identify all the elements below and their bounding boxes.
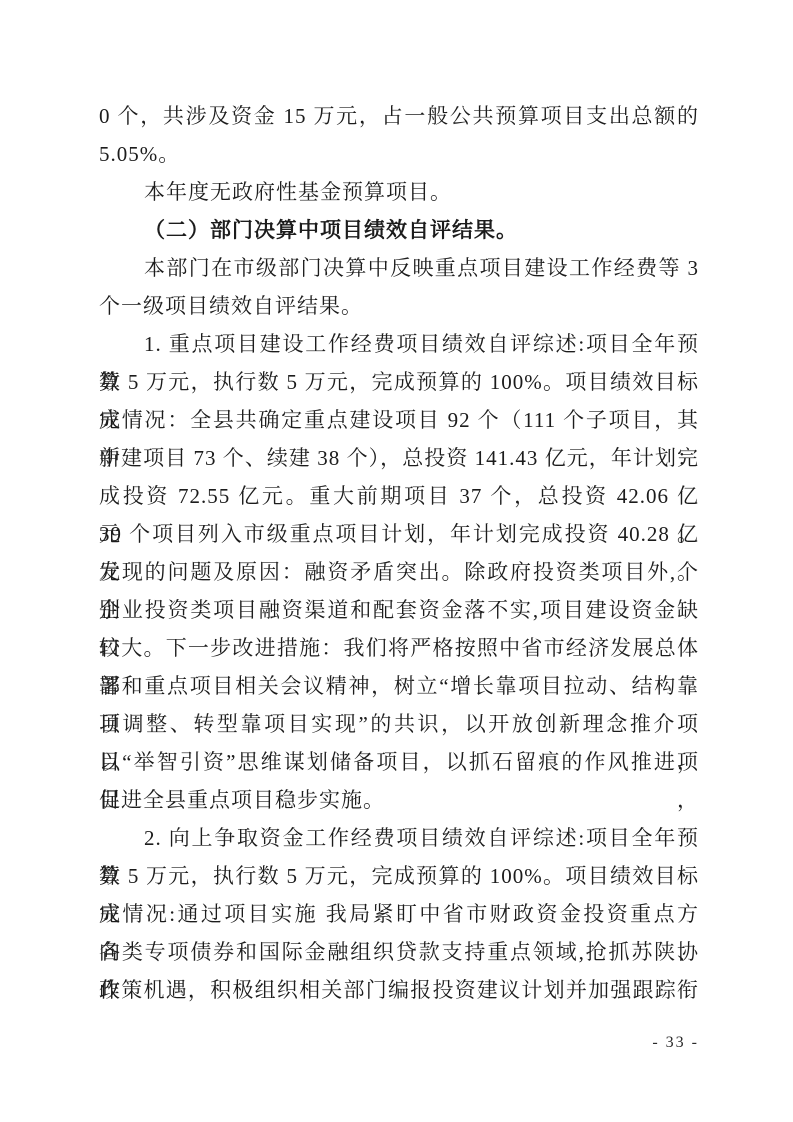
paragraph-line: 成情况：全县共确定重点建设项目 92 个（111 个子项目，其中： — [99, 401, 699, 439]
paragraph-line: 目调整、转型靠项目实现”的共识，以开放创新理念推介项目， — [99, 705, 699, 743]
paragraph-line: 企业投资类项目融资渠道和配套资金落不实,项目建设资金缺口 — [99, 591, 699, 629]
paragraph-line: 本部门在市级部门决算中反映重点项目建设工作经费等 3 — [99, 249, 699, 287]
document-body: 0 个，共涉及资金 15 万元，占一般公共预算项目支出总额的 5.05%。 本年… — [99, 97, 699, 1009]
paragraph-line: 个一级项目绩效自评结果。 — [99, 287, 699, 325]
paragraph-line: 各类专项债券和国际金融组织贷款支持重点领域,抢抓苏陕协作 — [99, 933, 699, 971]
paragraph-line: 成情况:通过项目实施 我局紧盯中省市财政资金投资重点方向、 — [99, 895, 699, 933]
paragraph-line: 政策机遇，积极组织相关部门编报投资建议计划并加强跟踪衔 — [99, 971, 699, 1009]
paragraph-line: 0 个，共涉及资金 15 万元，占一般公共预算项目支出总额的 — [99, 97, 699, 135]
paragraph-line: 发现的问题及原因：融资矛盾突出。除政府投资类项目外,个别 — [99, 553, 699, 591]
paragraph-line: 2. 向上争取资金工作经费项目绩效自评综述:项目全年预算 — [99, 819, 699, 857]
paragraph-line: 本年度无政府性基金预算项目。 — [99, 173, 699, 211]
paragraph-line: 39 个项目列入市级重点项目计划，年计划完成投资 40.28 亿元。 — [99, 515, 699, 553]
paragraph-line: 较大。下一步改进措施：我们将严格按照中省市经济发展总体部 — [99, 629, 699, 667]
paragraph-line: 以“举智引资”思维谋划储备项目，以抓石留痕的作风推进项目， — [99, 743, 699, 781]
paragraph-line: 数 5 万元，执行数 5 万元，完成预算的 100%。项目绩效目标完 — [99, 857, 699, 895]
paragraph-line: 成投资 72.55 亿元。重大前期项目 37 个，总投资 42.06 亿元。 — [99, 477, 699, 515]
document-page: 0 个，共涉及资金 15 万元，占一般公共预算项目支出总额的 5.05%。 本年… — [0, 0, 793, 1122]
paragraph-line: 1. 重点项目建设工作经费项目绩效自评综述:项目全年预算 — [99, 325, 699, 363]
paragraph-line: 新建项目 73 个、续建 38 个），总投资 141.43 亿元，年计划完 — [99, 439, 699, 477]
section-heading: （二）部门决算中项目绩效自评结果。 — [99, 211, 699, 249]
paragraph-line: 5.05%。 — [99, 135, 699, 173]
paragraph-line: 署和重点项目相关会议精神，树立“增长靠项目拉动、结构靠项 — [99, 667, 699, 705]
paragraph-line: 数 5 万元，执行数 5 万元，完成预算的 100%。项目绩效目标完 — [99, 363, 699, 401]
page-number: - 33 - — [652, 1032, 699, 1054]
